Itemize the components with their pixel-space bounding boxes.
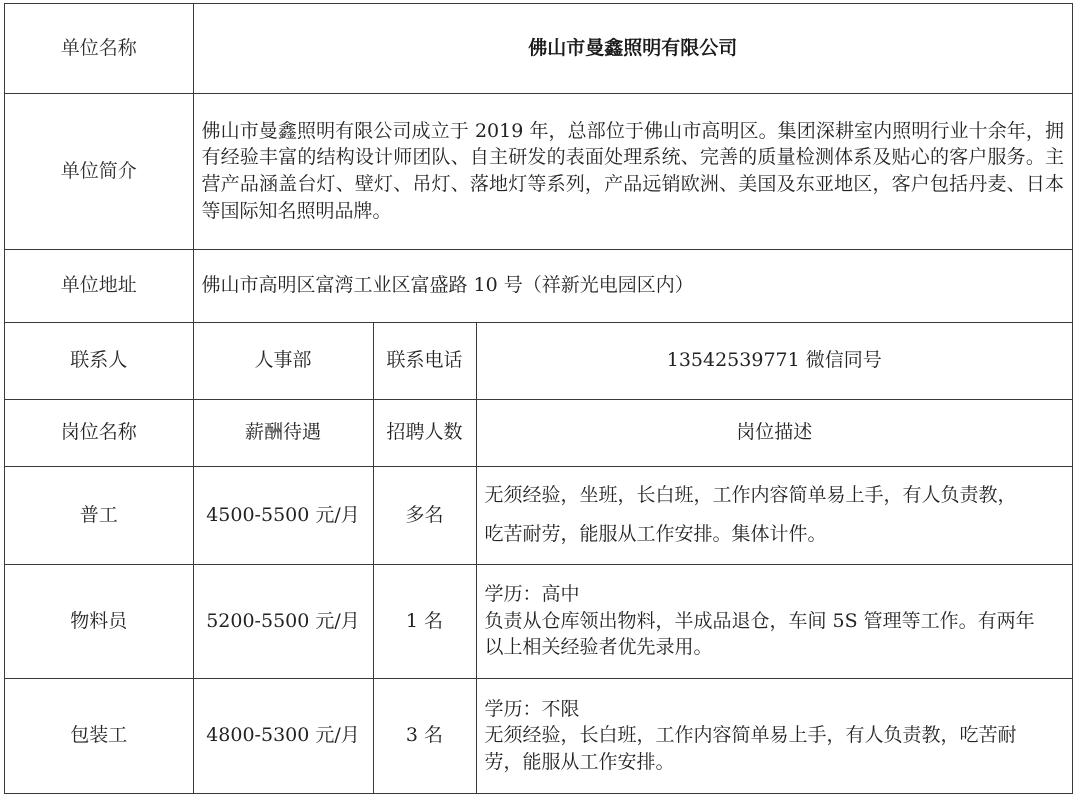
job-description-line: 吃苦耐劳，能服从工作安排。集体计件。 (485, 515, 1065, 554)
job-description: 学历：高中 负责从仓库领出物料，半成品退仓，车间 5S 管理等工作。有两年 以上… (476, 564, 1072, 678)
job-education: 学历：高中 (485, 581, 1065, 608)
row-contact: 联系人 人事部 联系电话 13542539771 微信同号 (5, 322, 1072, 399)
job-salary: 5200-5500 元/月 (193, 564, 373, 678)
header-position: 岗位名称 (5, 399, 193, 466)
company-intro-label: 单位简介 (5, 93, 193, 249)
row-jobs-header: 岗位名称 薪酬待遇 招聘人数 岗位描述 (5, 399, 1072, 466)
row-company-intro: 单位简介 佛山市曼鑫照明有限公司成立于 2019 年，总部位于佛山市高明区。集团… (5, 93, 1072, 249)
row-company-name: 单位名称 佛山市曼鑫照明有限公司 (5, 4, 1072, 93)
job-description-line: 负责从仓库领出物料，半成品退仓，车间 5S 管理等工作。有两年 (485, 608, 1065, 635)
recruitment-table-sheet: 单位名称 佛山市曼鑫照明有限公司 单位简介 佛山市曼鑫照明有限公司成立于 201… (4, 3, 1073, 794)
contact-phone: 13542539771 微信同号 (476, 322, 1072, 399)
company-intro: 佛山市曼鑫照明有限公司成立于 2019 年，总部位于佛山市高明区。集团深耕室内照… (193, 93, 1072, 249)
job-salary: 4500-5500 元/月 (193, 466, 373, 564)
job-salary: 4800-5300 元/月 (193, 678, 373, 793)
job-description-line: 劳，能服从工作安排。 (485, 749, 1065, 776)
contact-person: 人事部 (193, 322, 373, 399)
header-salary: 薪酬待遇 (193, 399, 373, 466)
job-position: 普工 (5, 466, 193, 564)
job-headcount: 3 名 (373, 678, 476, 793)
header-description: 岗位描述 (476, 399, 1072, 466)
job-description: 无须经验，坐班，长白班，工作内容简单易上手，有人负责教， 吃苦耐劳，能服从工作安… (476, 466, 1072, 564)
company-name-label: 单位名称 (5, 4, 193, 93)
company-address: 佛山市高明区富湾工业区富盛路 10 号（祥新光电园区内） (193, 249, 1072, 322)
job-description-line: 以上相关经验者优先录用。 (485, 634, 1065, 661)
company-recruitment-table: 单位名称 佛山市曼鑫照明有限公司 单位简介 佛山市曼鑫照明有限公司成立于 201… (5, 4, 1072, 793)
contact-person-label: 联系人 (5, 322, 193, 399)
contact-phone-label: 联系电话 (373, 322, 476, 399)
job-headcount: 多名 (373, 466, 476, 564)
header-headcount: 招聘人数 (373, 399, 476, 466)
job-headcount: 1 名 (373, 564, 476, 678)
company-address-label: 单位地址 (5, 249, 193, 322)
job-row: 物料员 5200-5500 元/月 1 名 学历：高中 负责从仓库领出物料，半成… (5, 564, 1072, 678)
job-education: 学历：不限 (485, 696, 1065, 723)
job-position: 包装工 (5, 678, 193, 793)
job-description: 学历：不限 无须经验，长白班，工作内容简单易上手，有人负责教，吃苦耐 劳，能服从… (476, 678, 1072, 793)
row-company-address: 单位地址 佛山市高明区富湾工业区富盛路 10 号（祥新光电园区内） (5, 249, 1072, 322)
job-description-line: 无须经验，长白班，工作内容简单易上手，有人负责教，吃苦耐 (485, 722, 1065, 749)
job-row: 包装工 4800-5300 元/月 3 名 学历：不限 无须经验，长白班，工作内… (5, 678, 1072, 793)
company-name: 佛山市曼鑫照明有限公司 (193, 4, 1072, 93)
job-row: 普工 4500-5500 元/月 多名 无须经验，坐班，长白班，工作内容简单易上… (5, 466, 1072, 564)
job-description-line: 无须经验，坐班，长白班，工作内容简单易上手，有人负责教， (485, 476, 1065, 515)
job-position: 物料员 (5, 564, 193, 678)
